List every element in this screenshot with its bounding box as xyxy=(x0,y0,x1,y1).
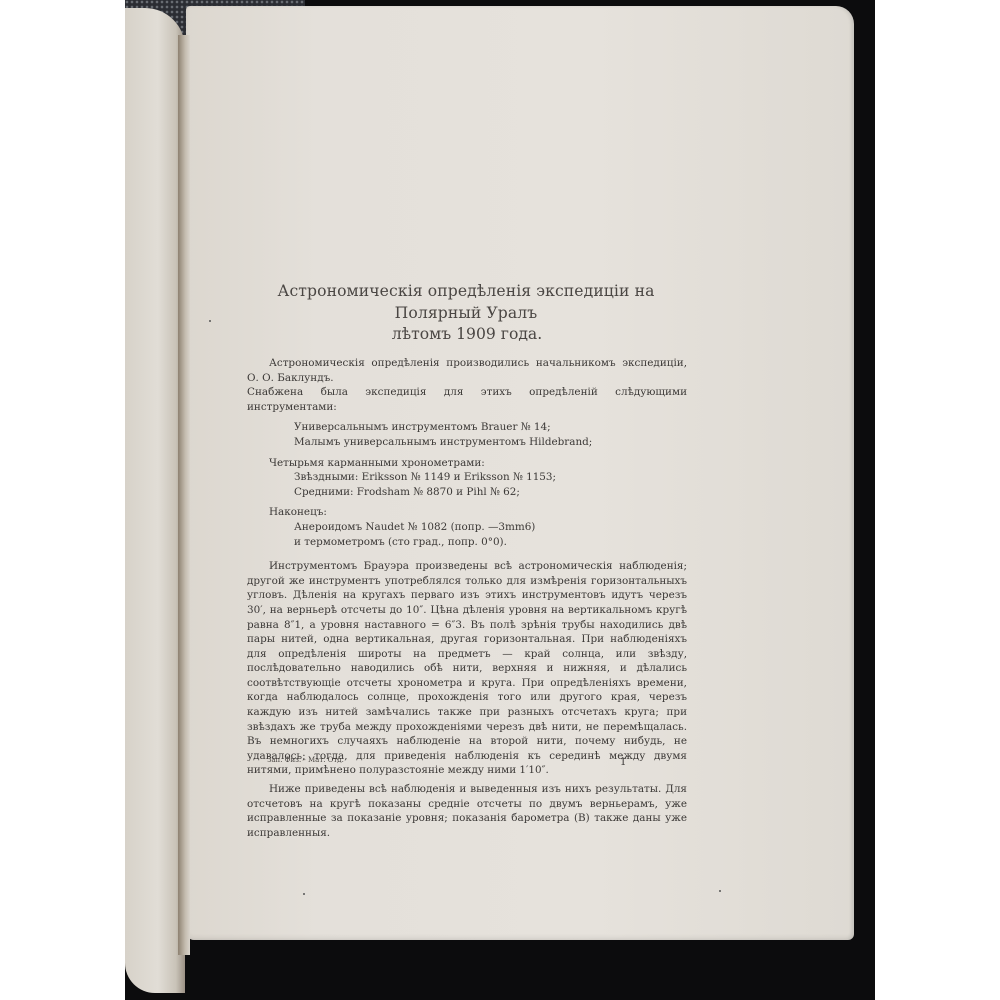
left-page-curl xyxy=(125,8,185,993)
footer-note: Зап. Физ. - Мат. Отд. xyxy=(267,756,637,764)
finally-item: Анероидомъ Naudet № 1082 (попр. —3mm6) xyxy=(294,520,687,535)
instrument-item: Малымъ универсальнымъ инструментомъ Hild… xyxy=(294,435,687,450)
finally-item: и термометромъ (сто град., попр. 0°0). xyxy=(294,535,687,550)
chronometer-item: Звѣздными: Eriksson № 1149 и Eriksson № … xyxy=(294,470,687,485)
document-subtitle: лѣтомъ 1909 года. xyxy=(247,324,687,344)
page-gutter xyxy=(178,35,190,955)
finally-heading: Наконецъ: xyxy=(269,505,687,520)
page-number: 1 xyxy=(620,757,626,768)
intro-line: Астрономическія опредѣленія производилис… xyxy=(247,356,687,385)
body-paragraph: Ниже приведены всѣ наблюденія и выведенн… xyxy=(247,782,687,840)
intro-line: Снабжена была экспедиція для этихъ опред… xyxy=(247,385,687,414)
body-paragraph: Инструментомъ Брауэра произведены всѣ ас… xyxy=(247,559,687,778)
paper-speck xyxy=(719,890,721,892)
paper-speck xyxy=(303,893,305,895)
paper-speck xyxy=(209,320,211,322)
chronometer-item: Средними: Frodsham № 8870 и Pihl № 62; xyxy=(294,485,687,500)
document-title: Астрономическія опредѣленія экспедиціи н… xyxy=(241,280,691,324)
chronometers-heading: Четырьмя карманными хронометрами: xyxy=(269,456,687,471)
instrument-item: Универсальнымъ инструментомъ Brauer № 14… xyxy=(294,420,687,435)
